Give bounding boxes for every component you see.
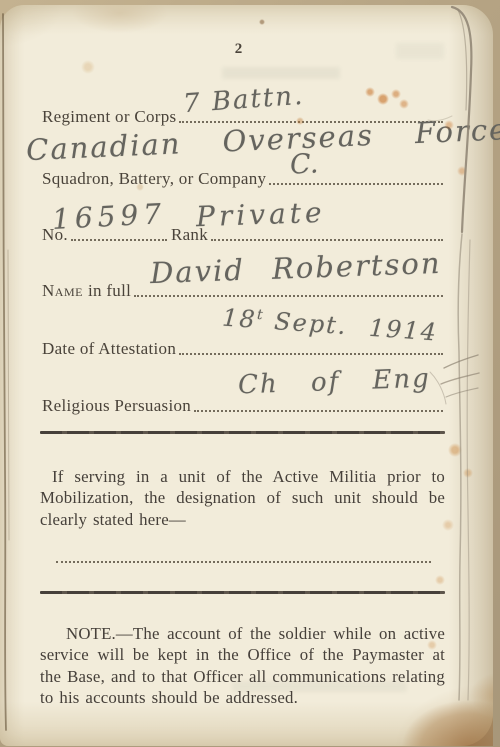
dotted-leader — [211, 239, 443, 241]
field-name: Name in full — [42, 275, 443, 301]
section-divider-rule — [40, 591, 445, 594]
dotted-leader — [269, 183, 443, 185]
section-divider-rule — [40, 431, 445, 434]
showthrough-mark — [222, 67, 340, 79]
paymaster-note-paragraph: NOTE.—The account of the soldier while o… — [40, 623, 445, 709]
field-label-number: No. — [42, 225, 68, 245]
dotted-leader — [71, 239, 167, 241]
dotted-leader — [134, 295, 443, 297]
field-label-attestation: Date of Attestation — [42, 339, 176, 359]
blank-dotted-answer-line — [56, 561, 431, 563]
field-label-squadron: Squadron, Battery, or Company — [42, 169, 266, 189]
field-attestation-date: Date of Attestation — [42, 333, 443, 359]
page-number: 2 — [0, 41, 478, 58]
paybook-photo: 2 Regiment or Corps 7 Battn. Canadian Ov… — [0, 0, 500, 747]
date-day: 18 — [221, 303, 257, 333]
field-label-religion: Religious Persuasion — [42, 396, 191, 416]
dotted-leader — [179, 121, 443, 123]
paybook-page: 2 Regiment or Corps 7 Battn. Canadian Ov… — [0, 5, 493, 746]
field-label-regiment: Regiment or Corps — [42, 107, 176, 127]
field-number-rank: No. Rank — [42, 219, 443, 245]
date-day-suffix: t — [257, 307, 266, 323]
field-regiment: Regiment or Corps — [42, 101, 443, 127]
field-religion: Religious Persuasion — [42, 390, 443, 416]
dotted-leader — [194, 410, 443, 412]
field-label-name-rest: in full — [88, 281, 131, 301]
field-label-name-caps: Name — [42, 281, 83, 301]
field-squadron: Squadron, Battery, or Company — [42, 163, 443, 189]
field-label-rank: Rank — [171, 225, 208, 245]
militia-instruction-paragraph: If serving in a unit of the Active Milit… — [40, 466, 445, 531]
dotted-leader — [179, 353, 443, 355]
